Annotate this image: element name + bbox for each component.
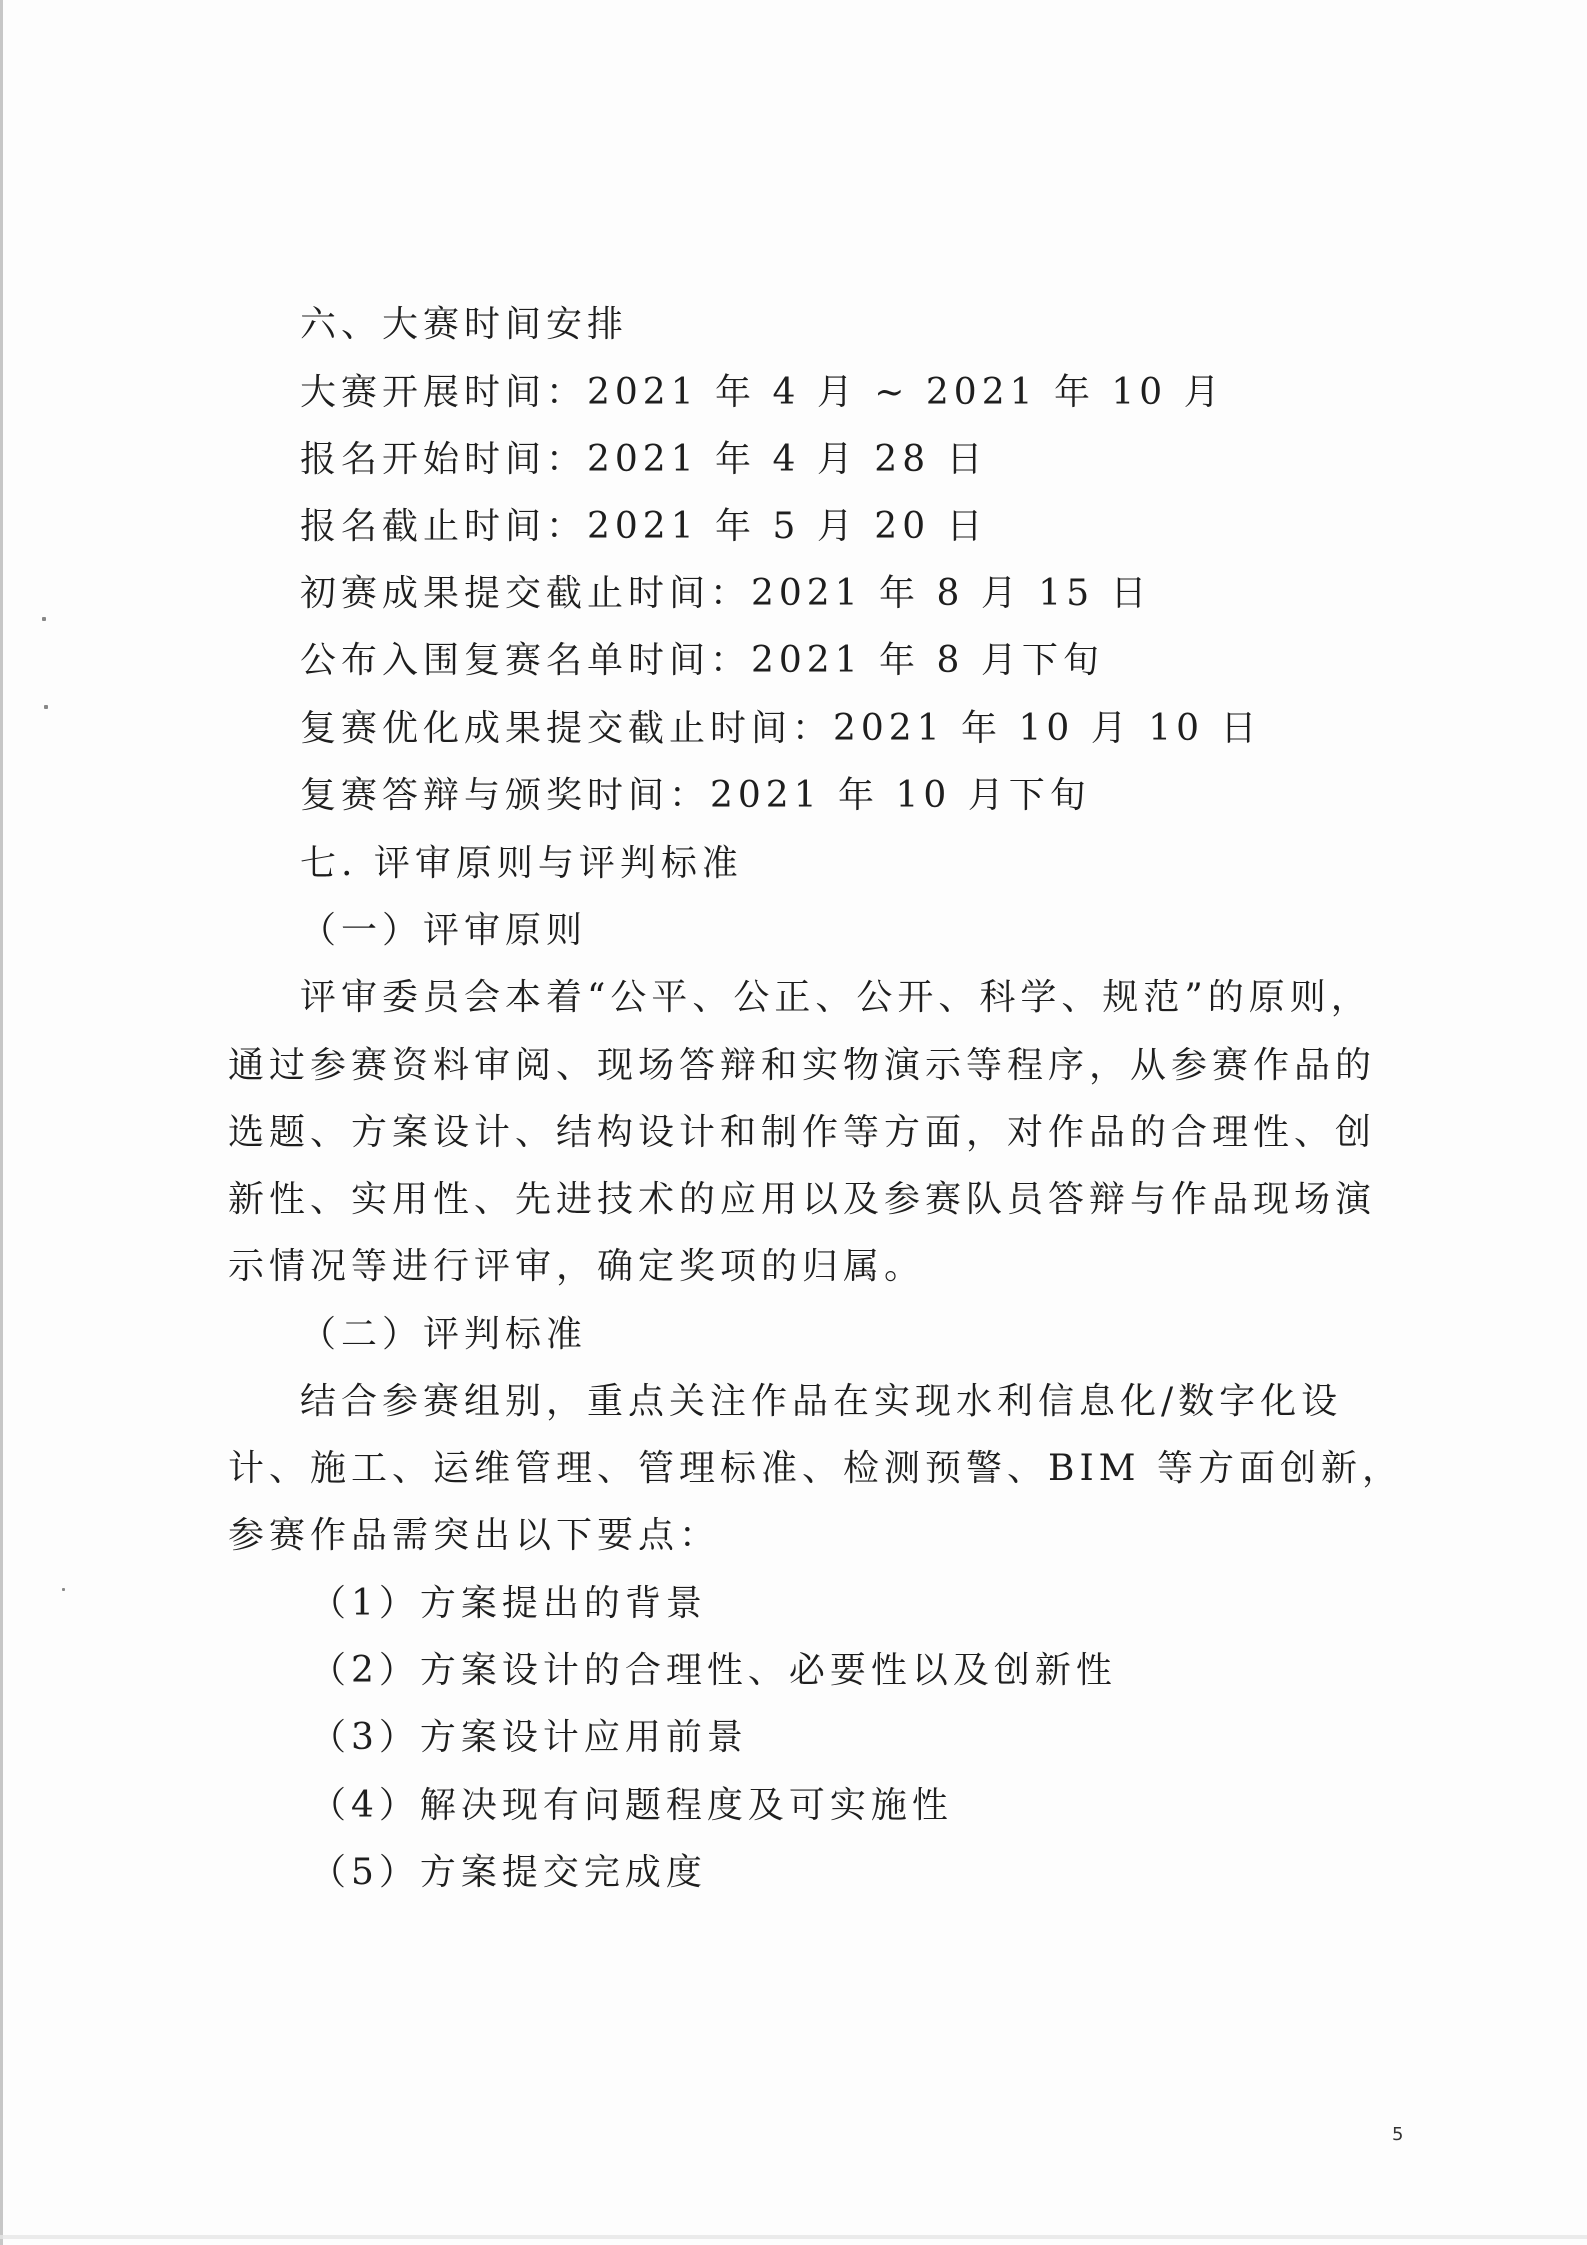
- section-6-heading: 六、大赛时间安排: [300, 303, 628, 347]
- paragraph-line: 计、施工、运维管理、管理标准、检测预警、BIM 等方面创新，: [228, 1447, 1403, 1491]
- schedule-item: 复赛优化成果提交截止时间：2021 年 10 月 10 日: [300, 707, 1261, 751]
- schedule-item: 报名开始时间：2021 年 4 月 28 日: [300, 438, 988, 482]
- scan-speck: [44, 705, 48, 709]
- schedule-item: 大赛开展时间：2021 年 4 月 ~ 2021 年 10 月: [300, 371, 1225, 415]
- scan-left-edge: [0, 0, 3, 2245]
- paragraph-line: 新性、实用性、先进技术的应用以及参赛队员答辩与作品现场演: [228, 1178, 1376, 1222]
- scan-bottom-edge: [0, 2235, 1587, 2239]
- paragraph-line: 选题、方案设计、结构设计和制作等方面，对作品的合理性、创: [228, 1111, 1376, 1155]
- paragraph-line: 参赛作品需突出以下要点：: [228, 1514, 720, 1558]
- section-7-heading: 七. 评审原则与评判标准: [300, 842, 743, 886]
- paragraph-line: 结合参赛组别，重点关注作品在实现水利信息化/数字化设: [300, 1380, 1342, 1424]
- paragraph-line: 示情况等进行评审，确定奖项的归属。: [228, 1245, 925, 1289]
- page-number: 5: [1392, 2124, 1403, 2145]
- schedule-item: 报名截止时间：2021 年 5 月 20 日: [300, 505, 988, 549]
- subsection-1-heading: （一）评审原则: [300, 909, 587, 953]
- schedule-item: 公布入围复赛名单时间：2021 年 8 月下旬: [300, 639, 1104, 683]
- key-point-item: （3）方案设计应用前景: [310, 1716, 748, 1760]
- scan-speck: [62, 1588, 65, 1591]
- key-point-item: （1）方案提出的背景: [310, 1582, 707, 1626]
- paragraph-line: 评审委员会本着“公平、公正、公开、科学、规范”的原则，: [300, 976, 1372, 1020]
- schedule-item: 初赛成果提交截止时间：2021 年 8 月 15 日: [300, 572, 1152, 616]
- key-point-item: （5）方案提交完成度: [310, 1851, 707, 1895]
- key-point-item: （2）方案设计的合理性、必要性以及创新性: [310, 1649, 1117, 1693]
- key-point-item: （4）解决现有问题程度及可实施性: [310, 1784, 953, 1828]
- paragraph-line: 通过参赛资料审阅、现场答辩和实物演示等程序，从参赛作品的: [228, 1044, 1376, 1088]
- subsection-2-heading: （二）评判标准: [300, 1313, 587, 1357]
- scan-speck: [42, 617, 46, 621]
- schedule-item: 复赛答辩与颁奖时间：2021 年 10 月下旬: [300, 774, 1091, 818]
